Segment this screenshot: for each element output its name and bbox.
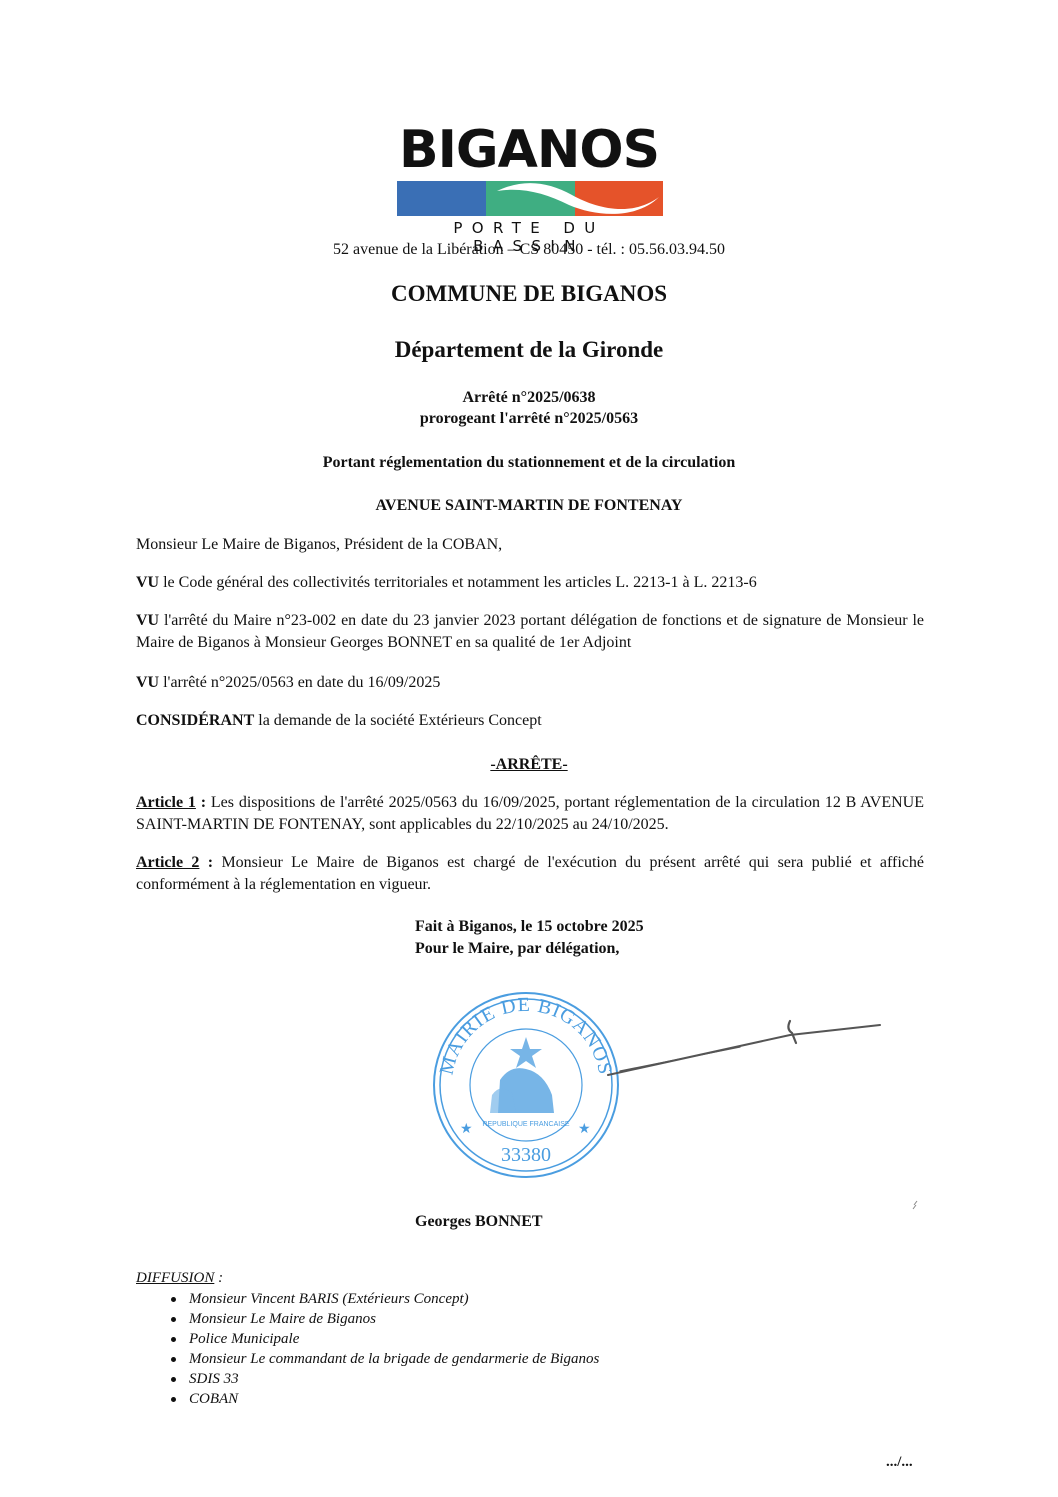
logo-wordmark: BIGANOS <box>393 122 665 178</box>
consideration-vu-code: VU le Code général des collectivités ter… <box>136 572 924 594</box>
consideration-vu-delegation: VU l'arrêté du Maire n°23-002 en date du… <box>136 610 924 654</box>
article-separator: : <box>196 794 211 811</box>
authority-line: Monsieur Le Maire de Biganos, Président … <box>136 534 924 556</box>
consideration-keyword: VU <box>136 674 159 691</box>
svg-text:★: ★ <box>578 1122 591 1137</box>
delegation-line: Pour le Maire, par délégation, <box>415 938 619 960</box>
list-item: Police Municipale <box>171 1329 599 1349</box>
place-date: Fait à Biganos, le 15 octobre 2025 <box>415 916 644 938</box>
article-2: Article 2 : Monsieur Le Maire de Biganos… <box>136 852 924 896</box>
diffusion-list: Monsieur Vincent BARIS (Extérieurs Conce… <box>171 1289 599 1409</box>
diffusion-heading: DIFFUSION : <box>136 1268 223 1288</box>
list-item: Monsieur Le Maire de Biganos <box>171 1309 599 1329</box>
signature-stroke-icon <box>608 1021 880 1075</box>
commune-title: COMMUNE DE BIGANOS <box>0 280 1058 308</box>
consideration-keyword: CONSIDÉRANT <box>136 712 254 729</box>
department-title: Département de la Gironde <box>0 336 1058 364</box>
consideration-request: CONSIDÉRANT la demande de la société Ext… <box>136 710 924 732</box>
consideration-keyword: VU <box>136 574 159 591</box>
decree-number: Arrêté n°2025/0638 <box>0 387 1058 408</box>
consideration-text: l'arrêté du Maire n°23-002 en date du 23… <box>136 612 924 651</box>
decision-heading: -ARRÊTE- <box>0 754 1058 776</box>
article-1: Article 1 : Les dispositions de l'arrêté… <box>136 792 924 836</box>
decree-location: AVENUE SAINT-MARTIN DE FONTENAY <box>0 495 1058 516</box>
article-text: Monsieur Le Maire de Biganos est chargé … <box>136 854 924 893</box>
consideration-text: le Code général des collectivités territ… <box>159 574 757 591</box>
logo-wave-band-icon <box>397 181 663 216</box>
diffusion-title: DIFFUSION <box>136 1270 214 1286</box>
mark-icon <box>913 1201 917 1209</box>
svg-text:REPUBLIQUE FRANCAISE: REPUBLIQUE FRANCAISE <box>482 1121 569 1128</box>
consideration-text: la demande de la société Extérieurs Conc… <box>254 712 541 729</box>
consideration-keyword: VU <box>136 612 159 629</box>
svg-text:MAIRIE DE BIGANOS: MAIRIE DE BIGANOS <box>436 994 617 1077</box>
article-label: Article 2 <box>136 854 199 871</box>
list-item: Monsieur Vincent BARIS (Extérieurs Conce… <box>171 1289 599 1309</box>
svg-text:★: ★ <box>460 1122 473 1137</box>
marianne-emblem-icon <box>490 1037 554 1113</box>
consideration-vu-previous-decree: VU l'arrêté n°2025/0563 en date du 16/09… <box>136 672 924 694</box>
signer-name: Georges BONNET <box>415 1211 543 1233</box>
article-label: Article 1 <box>136 794 196 811</box>
consideration-text: l'arrêté n°2025/0563 en date du 16/09/20… <box>159 674 440 691</box>
official-stamp-and-signature: MAIRIE DE BIGANOS REPUBLIQUE FRANCAISE 3… <box>420 985 920 1210</box>
list-item: Monsieur Le commandant de la brigade de … <box>171 1349 599 1369</box>
decree-extends: prorogeant l'arrêté n°2025/0563 <box>0 408 1058 429</box>
decree-subject: Portant réglementation du stationnement … <box>0 452 1058 473</box>
article-separator: : <box>199 854 221 871</box>
address-line: 52 avenue de la Libération – CS 80450 - … <box>0 240 1058 260</box>
svg-text:33380: 33380 <box>501 1144 551 1166</box>
list-item: SDIS 33 <box>171 1369 599 1389</box>
article-text: Les dispositions de l'arrêté 2025/0563 d… <box>136 794 924 833</box>
diffusion-suffix: : <box>214 1270 223 1286</box>
page-continuation: .../... <box>886 1452 913 1472</box>
list-item: COBAN <box>171 1389 599 1409</box>
